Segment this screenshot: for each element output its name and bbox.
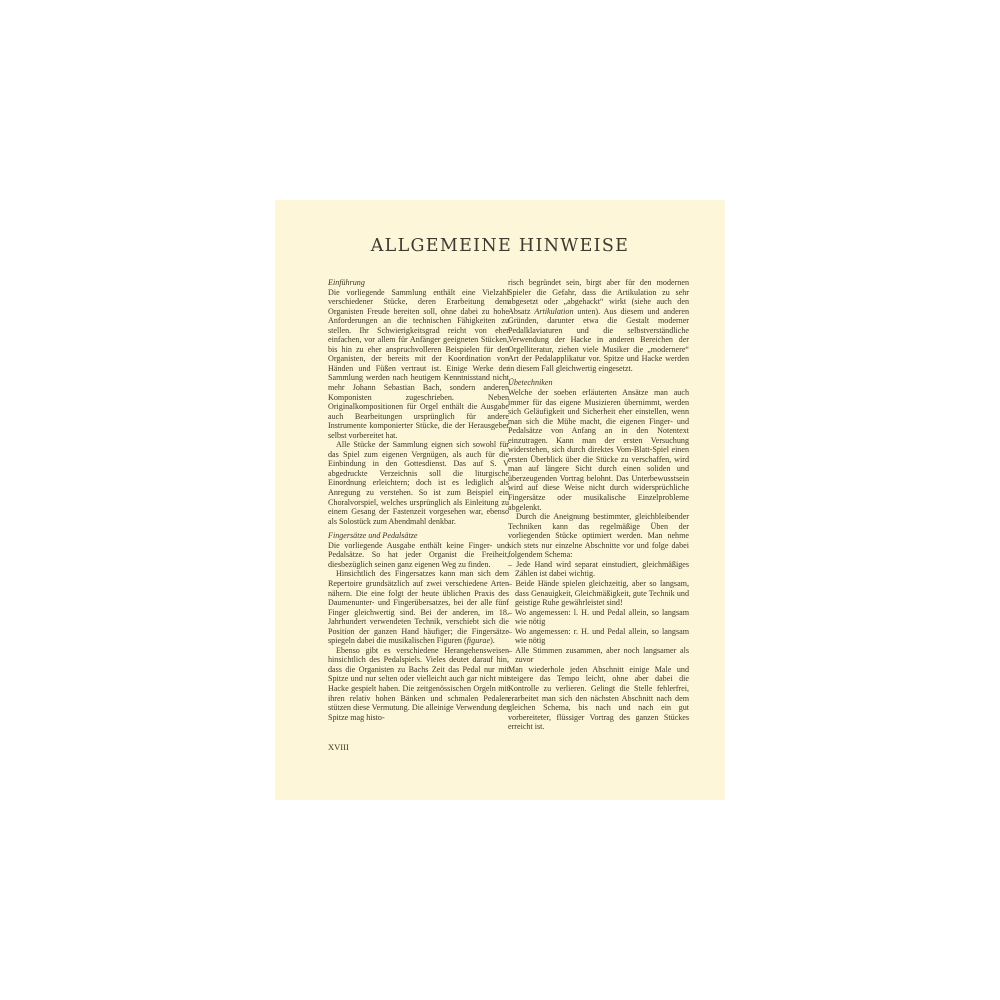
paragraph: Ebenso gibt es verschiedene Herangehensw… <box>328 646 509 722</box>
paragraph: Man wiederhole jeden Abschnitt einige Ma… <box>508 665 689 732</box>
practice-schema-list: Jede Hand wird separat einstudiert, glei… <box>508 560 689 665</box>
paragraph: Alle Stücke der Sammlung eignen sich sow… <box>328 440 509 526</box>
list-item: Beide Hände spielen gleichzeitig, aber s… <box>508 579 689 608</box>
section-heading-einfuehrung: Einführung <box>328 278 509 288</box>
book-page: ALLGEMEINE HINWEISE Einführung Die vorli… <box>275 200 725 800</box>
paragraph: risch begründet sein, birgt aber für den… <box>508 278 689 373</box>
section-heading-fingersaetze: Fingersätze und Pedalsätze <box>328 531 509 541</box>
right-column: risch begründet sein, birgt aber für den… <box>508 278 689 732</box>
text-run: unten). Aus diesem und anderen Gründen, … <box>508 307 689 373</box>
list-item: Alle Stimmen zusammen, aber noch langsam… <box>508 646 689 665</box>
italic-term: figurae <box>467 636 490 645</box>
page-number: XVIII <box>328 742 349 752</box>
text-run: Hinsichtlich des Fingersatzes kann man s… <box>328 569 509 645</box>
paragraph: Hinsichtlich des Fingersatzes kann man s… <box>328 569 509 645</box>
italic-term: Artikulation <box>534 307 573 316</box>
paragraph: Welche der soeben erläuterten Ansätze ma… <box>508 388 689 512</box>
paragraph: Durch die Aneignung bestimmter, gleichbl… <box>508 512 689 560</box>
section-heading-uebetechniken: Übetechniken <box>508 378 689 388</box>
list-item: Jede Hand wird separat einstudiert, glei… <box>508 560 689 579</box>
list-item: Wo angemessen: l. H. und Pedal allein, s… <box>508 608 689 627</box>
text-run: ). <box>490 636 495 645</box>
list-item: Wo angemessen: r. H. und Pedal allein, s… <box>508 627 689 646</box>
paragraph: Die vorliegende Sammlung enthält eine Vi… <box>328 288 509 441</box>
page-title: ALLGEMEINE HINWEISE <box>275 236 725 256</box>
left-column: Einführung Die vorliegende Sammlung enth… <box>328 278 509 722</box>
paragraph: Die vorliegende Ausgabe enthält keine Fi… <box>328 541 509 570</box>
